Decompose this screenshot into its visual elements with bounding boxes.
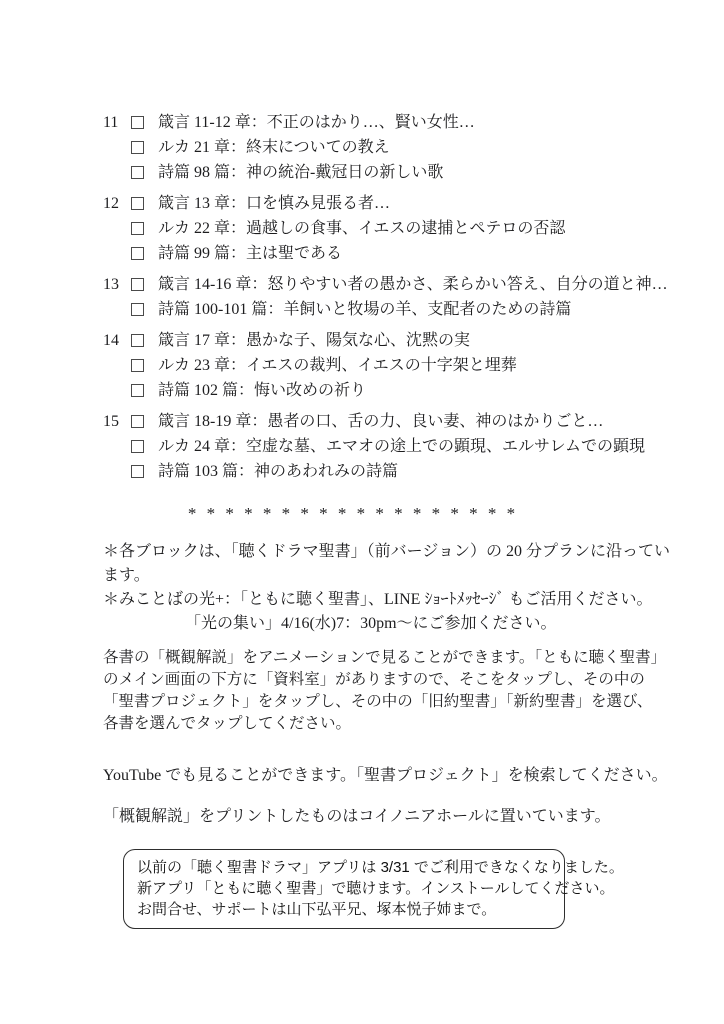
- note-line: ＊各ブロックは、「聴くドラマ聖書」（前バージョン）の 20 分プランに沿ってい: [103, 540, 648, 564]
- checkbox[interactable]: [131, 197, 144, 210]
- day-block-11: 11 箴言 11-12 章：不正のはかり…、賢い女性… ルカ 21 章：終末につ…: [103, 110, 648, 185]
- howto-paragraph: 各書の「概観解説」をアニメーションで見ることができます。「ともに聴く聖書」 のメ…: [103, 647, 648, 735]
- reading-text: 箴言 13 章：口を慎み見張る者…: [158, 191, 390, 216]
- plan-notes: ＊各ブロックは、「聴くドラマ聖書」（前バージョン）の 20 分プランに沿ってい …: [103, 540, 648, 636]
- asterisk-divider: * * * * * * * * * * * * * * * * * *: [133, 501, 573, 526]
- paragraph-line: 各書を選んでタップしてください。: [103, 713, 648, 735]
- checklist-item: 詩篇 98 篇：神の統治-戴冠日の新しい歌: [103, 160, 648, 185]
- reading-text: ルカ 23 章：イエスの裁判、イエスの十字架と埋葬: [158, 353, 517, 378]
- checkbox[interactable]: [131, 116, 144, 129]
- reading-text: 箴言 14-16 章：怒りやすい者の愚かさ、柔らかい答え、自分の道と神…: [158, 272, 668, 297]
- note-line-meeting: 「光の集い」4/16(水)7：30pm～にご参加ください。: [103, 612, 648, 636]
- reading-text: 詩篇 98 篇：神の統治-戴冠日の新しい歌: [158, 160, 443, 185]
- checklist-item: ルカ 21 章：終末についての教え: [103, 135, 648, 160]
- day-number: 15: [103, 409, 131, 434]
- checklist-item: 詩篇 99 篇：主は聖である: [103, 241, 648, 266]
- day-number: 11: [103, 110, 131, 135]
- youtube-note: YouTube でも見ることができます。「聖書プロジェクト」を検索してください。: [103, 764, 648, 788]
- reading-text: 詩篇 103 篇：神のあわれみの詩篇: [158, 459, 398, 484]
- checklist-item: ルカ 22 章：過越しの食事、イエスの逮捕とペテロの否認: [103, 216, 648, 241]
- day-number: 13: [103, 272, 131, 297]
- day-block-14: 14 箴言 17 章：愚かな子、陽気な心、沈黙の実 ルカ 23 章：イエスの裁判…: [103, 328, 648, 403]
- note-line: ます。: [103, 564, 648, 588]
- checkbox[interactable]: [131, 440, 144, 453]
- checkbox[interactable]: [131, 359, 144, 372]
- checkbox[interactable]: [131, 278, 144, 291]
- reading-text: 箴言 17 章：愚かな子、陽気な心、沈黙の実: [158, 328, 470, 353]
- notice-line: お問合せ、サポートは山下弘平兄、塚本悦子姉まで。: [137, 899, 551, 920]
- notice-line: 以前の「聴く聖書ドラマ」アプリは 3/31 でご利用できなくなりました。: [137, 857, 551, 878]
- checklist-item: 13 箴言 14-16 章：怒りやすい者の愚かさ、柔らかい答え、自分の道と神…: [103, 272, 648, 297]
- checklist-item: ルカ 24 章：空虚な墓、エマオの途上での顕現、エルサレムでの顕現: [103, 434, 648, 459]
- reading-text: 箴言 11-12 章：不正のはかり…、賢い女性…: [158, 110, 475, 135]
- reading-text: 箴言 18-19 章：愚者の口、舌の力、良い妻、神のはかりごと…: [158, 409, 603, 434]
- checkbox[interactable]: [131, 247, 144, 260]
- checkbox[interactable]: [131, 222, 144, 235]
- paragraph-line: 各書の「概観解説」をアニメーションで見ることができます。「ともに聴く聖書」: [103, 647, 648, 669]
- checklist-item: 11 箴言 11-12 章：不正のはかり…、賢い女性…: [103, 110, 648, 135]
- paragraph-line: のメイン画面の下方に「資料室」がありますので、そこをタップし、その中の: [103, 669, 648, 691]
- paragraph-line: 「聖書プロジェクト」をタップし、その中の「旧約聖書」「新約聖書」を選び、: [103, 691, 648, 713]
- day-number: 12: [103, 191, 131, 216]
- reading-text: 詩篇 100-101 篇：羊飼いと牧場の羊、支配者のための詩篇: [158, 297, 571, 322]
- checklist-item: 詩篇 102 篇：悔い改めの祈り: [103, 378, 648, 403]
- checklist-item: 14 箴言 17 章：愚かな子、陽気な心、沈黙の実: [103, 328, 648, 353]
- reading-text: ルカ 22 章：過越しの食事、イエスの逮捕とペテロの否認: [158, 216, 565, 241]
- day-block-12: 12 箴言 13 章：口を慎み見張る者… ルカ 22 章：過越しの食事、イエスの…: [103, 191, 648, 266]
- reading-text: ルカ 21 章：終末についての教え: [158, 135, 390, 160]
- day-block-13: 13 箴言 14-16 章：怒りやすい者の愚かさ、柔らかい答え、自分の道と神… …: [103, 272, 648, 322]
- reading-checklist: 11 箴言 11-12 章：不正のはかり…、賢い女性… ルカ 21 章：終末につ…: [103, 110, 648, 484]
- checkbox[interactable]: [131, 141, 144, 154]
- checkbox[interactable]: [131, 303, 144, 316]
- checkbox[interactable]: [131, 415, 144, 428]
- checkbox[interactable]: [131, 166, 144, 179]
- reading-text: 詩篇 99 篇：主は聖である: [158, 241, 342, 266]
- document-page: 11 箴言 11-12 章：不正のはかり…、賢い女性… ルカ 21 章：終末につ…: [0, 0, 724, 1024]
- reading-text: ルカ 24 章：空虚な墓、エマオの途上での顕現、エルサレムでの顕現: [158, 434, 645, 459]
- checklist-item: 詩篇 103 篇：神のあわれみの詩篇: [103, 459, 648, 484]
- note-line: ＊みことばの光+：「ともに聴く聖書」、LINE ｼｮｰﾄﾒｯｾｰｼﾞ もご活用く…: [103, 588, 648, 612]
- checklist-item: 15 箴言 18-19 章：愚者の口、舌の力、良い妻、神のはかりごと…: [103, 409, 648, 434]
- checkbox[interactable]: [131, 334, 144, 347]
- checkbox[interactable]: [131, 384, 144, 397]
- day-number: 14: [103, 328, 131, 353]
- checkbox[interactable]: [131, 465, 144, 478]
- checklist-item: 詩篇 100-101 篇：羊飼いと牧場の羊、支配者のための詩篇: [103, 297, 648, 322]
- print-note: 「概観解説」をプリントしたものはコイノニアホールに置いています。: [103, 805, 648, 829]
- app-notice-box: 以前の「聴く聖書ドラマ」アプリは 3/31 でご利用できなくなりました。 新アプ…: [123, 849, 565, 929]
- checklist-item: ルカ 23 章：イエスの裁判、イエスの十字架と埋葬: [103, 353, 648, 378]
- reading-text: 詩篇 102 篇：悔い改めの祈り: [158, 378, 366, 403]
- notice-line: 新アプリ「ともに聴く聖書」で聴けます。インストールしてください。: [137, 878, 551, 899]
- day-block-15: 15 箴言 18-19 章：愚者の口、舌の力、良い妻、神のはかりごと… ルカ 2…: [103, 409, 648, 484]
- checklist-item: 12 箴言 13 章：口を慎み見張る者…: [103, 191, 648, 216]
